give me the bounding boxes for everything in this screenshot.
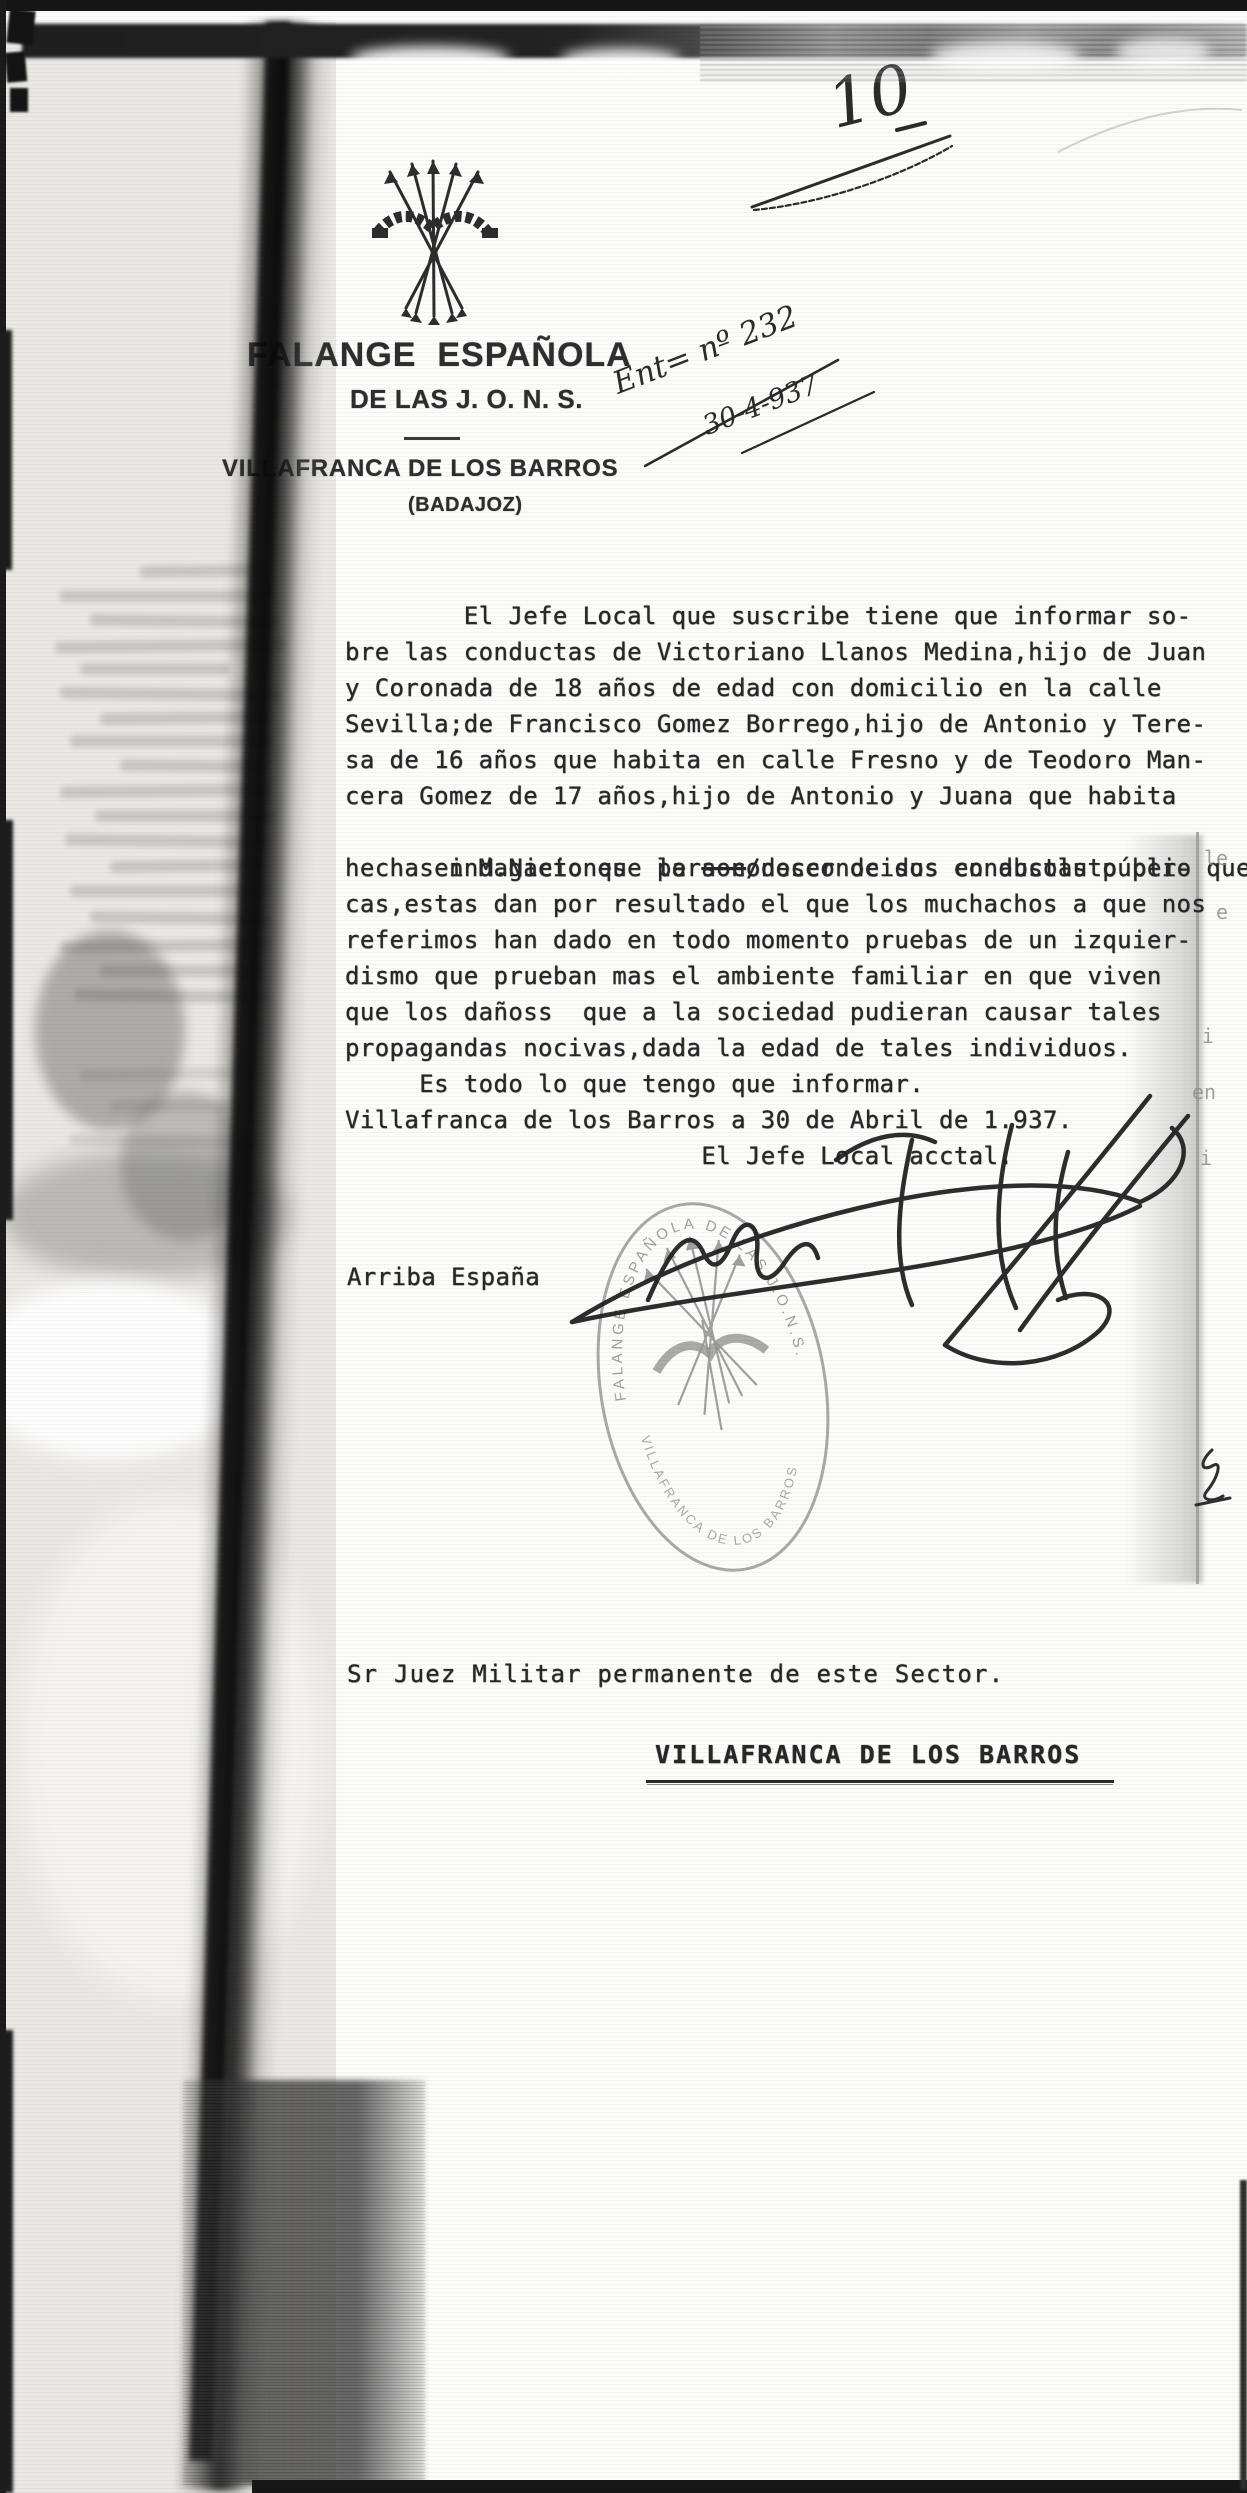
svg-text:VILLAFRANCA DE LOS BARROS: VILLAFRANCA DE LOS BARROS bbox=[638, 1409, 813, 1561]
page-number-flourish bbox=[752, 123, 952, 210]
registry-underlines bbox=[645, 360, 874, 466]
scan-top-black-strip bbox=[0, 0, 1247, 11]
scanned-document-page: FALANGE ESPAÑOLA DE LAS J. O. N. S. VILL… bbox=[0, 0, 1247, 2493]
edge-squiggle-mark bbox=[1196, 1450, 1230, 1505]
binding-gutter-bottom-texture bbox=[183, 2080, 425, 2485]
scan-corner-mark bbox=[5, 51, 28, 83]
scan-right-edge-dark bbox=[1240, 2180, 1247, 2490]
scan-corner-mark bbox=[10, 88, 28, 112]
torn-band-gap bbox=[930, 42, 1080, 70]
scan-left-edge-blob bbox=[0, 2030, 13, 2493]
stamp-rim-text-bottom: VILLAFRANCA DE LOS BARROS bbox=[638, 1409, 813, 1561]
torn-band-gap bbox=[560, 48, 680, 70]
torn-band-gap bbox=[350, 46, 510, 70]
torn-band-gap bbox=[1115, 38, 1210, 66]
scan-corner-mark bbox=[6, 9, 35, 46]
scan-left-edge-blob bbox=[0, 820, 13, 1220]
scan-left-edge-blob bbox=[0, 330, 12, 570]
crease-line bbox=[1058, 109, 1242, 152]
scan-bottom-strip bbox=[252, 2480, 1247, 2493]
